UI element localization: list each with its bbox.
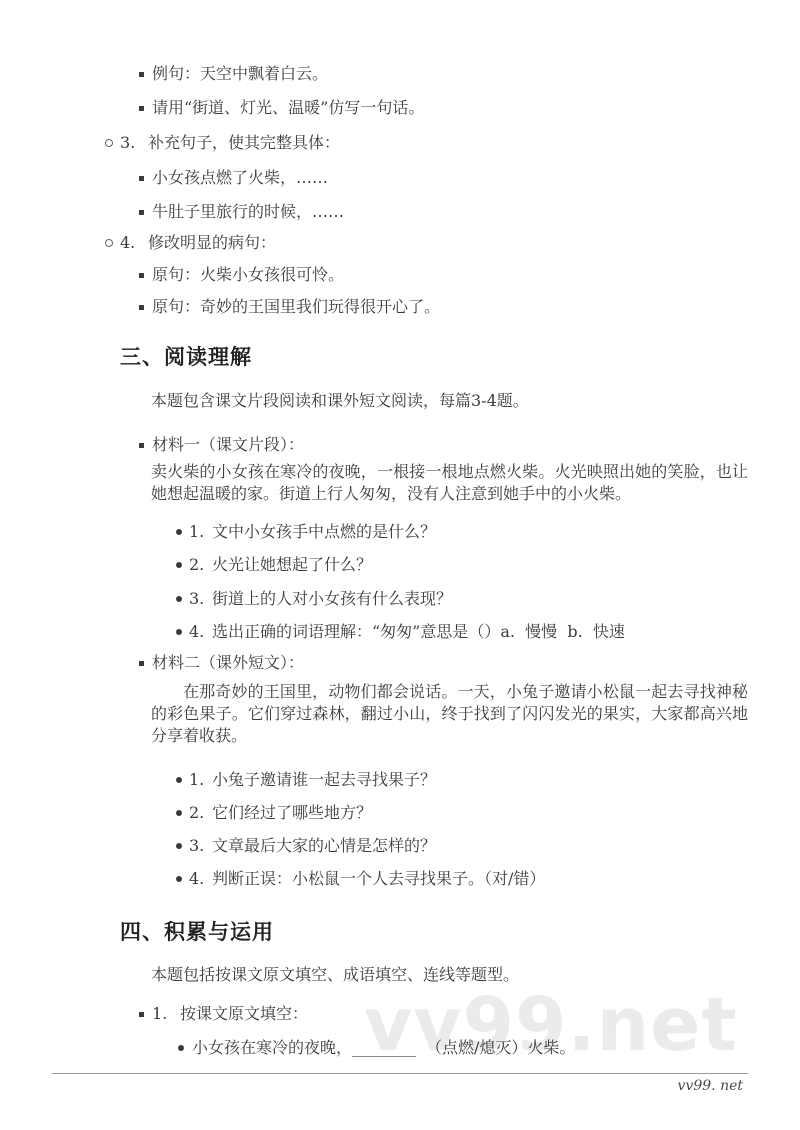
question-item: 4.判断正误：小松鼠一个人去寻找果子。（对/错） xyxy=(0,869,800,889)
fill-after-text: （点燃/熄灭）火柴。 xyxy=(426,1038,575,1057)
section-heading-reading: 三、阅读理解 xyxy=(120,345,800,369)
item-text: 修改明显的病句： xyxy=(148,233,276,252)
question-item: 3.文章最后大家的心情是怎样的？ xyxy=(0,836,800,856)
material1-passage: 卖火柴的小女孩在寒冷的夜晚，一根接一根地点燃火柴。火光映照出她的笑脸，也让她想起… xyxy=(151,461,748,505)
square-bullet-icon xyxy=(139,443,144,448)
square-bullet-icon xyxy=(139,106,144,111)
list-item-text: 原句：火柴小女孩很可怜。 xyxy=(152,265,344,284)
item-text: 补充句子，使其完整具体： xyxy=(148,133,340,152)
numbered-item: 3.补充句子，使其完整具体： xyxy=(0,133,800,153)
list-item-text: 请用“街道、灯光、温暖”仿写一句话。 xyxy=(152,98,424,117)
material2-label: 材料二（课外短文）： xyxy=(0,653,800,673)
item-number: 4. xyxy=(120,233,148,253)
question-text: 街道上的人对小女孩有什么表现？ xyxy=(212,589,452,608)
section-heading-accumulate: 四、积累与运用 xyxy=(120,920,800,944)
question-number: 1. xyxy=(189,522,212,542)
list-item: 小女孩点燃了火柴，…… xyxy=(0,168,800,188)
question-number: 4. xyxy=(189,869,212,889)
list-item-text: 原句：奇妙的王国里我们玩得很开心了。 xyxy=(152,297,440,316)
material2-passage: 在那奇妙的王国里，动物们都会说话。一天，小兔子邀请小松鼠一起去寻找神秘的彩色果子… xyxy=(151,681,748,747)
list-item: 例句：天空中飘着白云。 xyxy=(0,64,800,84)
question-item: 2.火光让她想起了什么？ xyxy=(0,555,800,575)
question-text: 文中小女孩手中点燃的是什么？ xyxy=(212,522,436,541)
list-item-text: 小女孩点燃了火柴，…… xyxy=(152,168,328,187)
square-bullet-icon xyxy=(139,273,144,278)
fill-blank: ________ xyxy=(352,1038,416,1057)
list-item-text: 例句：天空中飘着白云。 xyxy=(152,64,328,83)
list-item: 原句：奇妙的王国里我们玩得很开心了。 xyxy=(0,297,800,317)
question-item: 3.街道上的人对小女孩有什么表现？ xyxy=(0,589,800,609)
question-number: 2. xyxy=(189,555,212,575)
item-number: 1. xyxy=(152,1004,180,1024)
question-text: 选出正确的词语理解：“匆匆”意思是（）a. 慢慢 b. 快速 xyxy=(212,622,625,641)
list-item-text: 牛肚子里旅行的时候，…… xyxy=(152,202,344,221)
disc-bullet-icon xyxy=(176,629,182,635)
question-text: 小兔子邀请谁一起去寻找果子？ xyxy=(212,770,436,789)
item-number: 3. xyxy=(120,133,148,153)
item-text: 按课文原文填空： xyxy=(180,1004,308,1023)
disc-bullet-icon xyxy=(176,843,182,849)
material1-label: 材料一（课文片段）： xyxy=(0,435,800,455)
square-bullet-icon xyxy=(139,305,144,310)
section-intro: 本题包含课文片段阅读和课外短文阅读，每篇3-4题。 xyxy=(151,390,748,412)
material-label-text: 材料一（课文片段）： xyxy=(152,435,304,454)
numbered-item: 4.修改明显的病句： xyxy=(0,233,800,253)
disc-bullet-icon xyxy=(176,810,182,816)
circle-bullet-icon xyxy=(105,239,113,247)
question-text: 它们经过了哪些地方？ xyxy=(212,803,372,822)
disc-bullet-icon xyxy=(176,876,182,882)
disc-bullet-icon xyxy=(178,1045,184,1051)
disc-bullet-icon xyxy=(176,777,182,783)
list-item: 请用“街道、灯光、温暖”仿写一句话。 xyxy=(0,98,800,118)
worksheet-page: vv99.net 例句：天空中飘着白云。 请用“街道、灯光、温暖”仿写一句话。 … xyxy=(0,0,800,1130)
list-item: 原句：火柴小女孩很可怜。 xyxy=(0,265,800,285)
question-number: 4. xyxy=(189,622,212,642)
square-bullet-icon xyxy=(139,661,144,666)
disc-bullet-icon xyxy=(176,529,182,535)
square-bullet-icon xyxy=(139,1012,144,1017)
question-text: 判断正误：小松鼠一个人去寻找果子。（对/错） xyxy=(212,869,545,888)
square-bullet-icon xyxy=(139,210,144,215)
question-text: 火光让她想起了什么？ xyxy=(212,555,372,574)
question-item: 1.小兔子邀请谁一起去寻找果子？ xyxy=(0,770,800,790)
question-item: 2.它们经过了哪些地方？ xyxy=(0,803,800,823)
numbered-item: 1.按课文原文填空： xyxy=(0,1004,800,1024)
square-bullet-icon xyxy=(139,176,144,181)
question-number: 2. xyxy=(189,803,212,823)
question-number: 3. xyxy=(189,836,212,856)
list-item: 牛肚子里旅行的时候，…… xyxy=(0,202,800,222)
fill-blank-item: 小女孩在寒冷的夜晚，________（点燃/熄灭）火柴。 xyxy=(0,1038,800,1058)
footer-divider xyxy=(52,1073,748,1074)
question-number: 3. xyxy=(189,589,212,609)
disc-bullet-icon xyxy=(176,596,182,602)
footer-site-label: vv99. net xyxy=(678,1078,743,1094)
fill-before-text: 小女孩在寒冷的夜晚， xyxy=(192,1038,352,1057)
question-item: 4.选出正确的词语理解：“匆匆”意思是（）a. 慢慢 b. 快速 xyxy=(0,622,800,642)
section-intro: 本题包括按课文原文填空、成语填空、连线等题型。 xyxy=(151,964,748,986)
disc-bullet-icon xyxy=(176,562,182,568)
square-bullet-icon xyxy=(139,72,144,77)
question-number: 1. xyxy=(189,770,212,790)
circle-bullet-icon xyxy=(105,139,113,147)
document-content: 例句：天空中飘着白云。 请用“街道、灯光、温暖”仿写一句话。 3.补充句子，使其… xyxy=(0,0,800,1058)
question-item: 1.文中小女孩手中点燃的是什么？ xyxy=(0,522,800,542)
material-label-text: 材料二（课外短文）： xyxy=(152,653,304,672)
question-text: 文章最后大家的心情是怎样的？ xyxy=(212,836,436,855)
